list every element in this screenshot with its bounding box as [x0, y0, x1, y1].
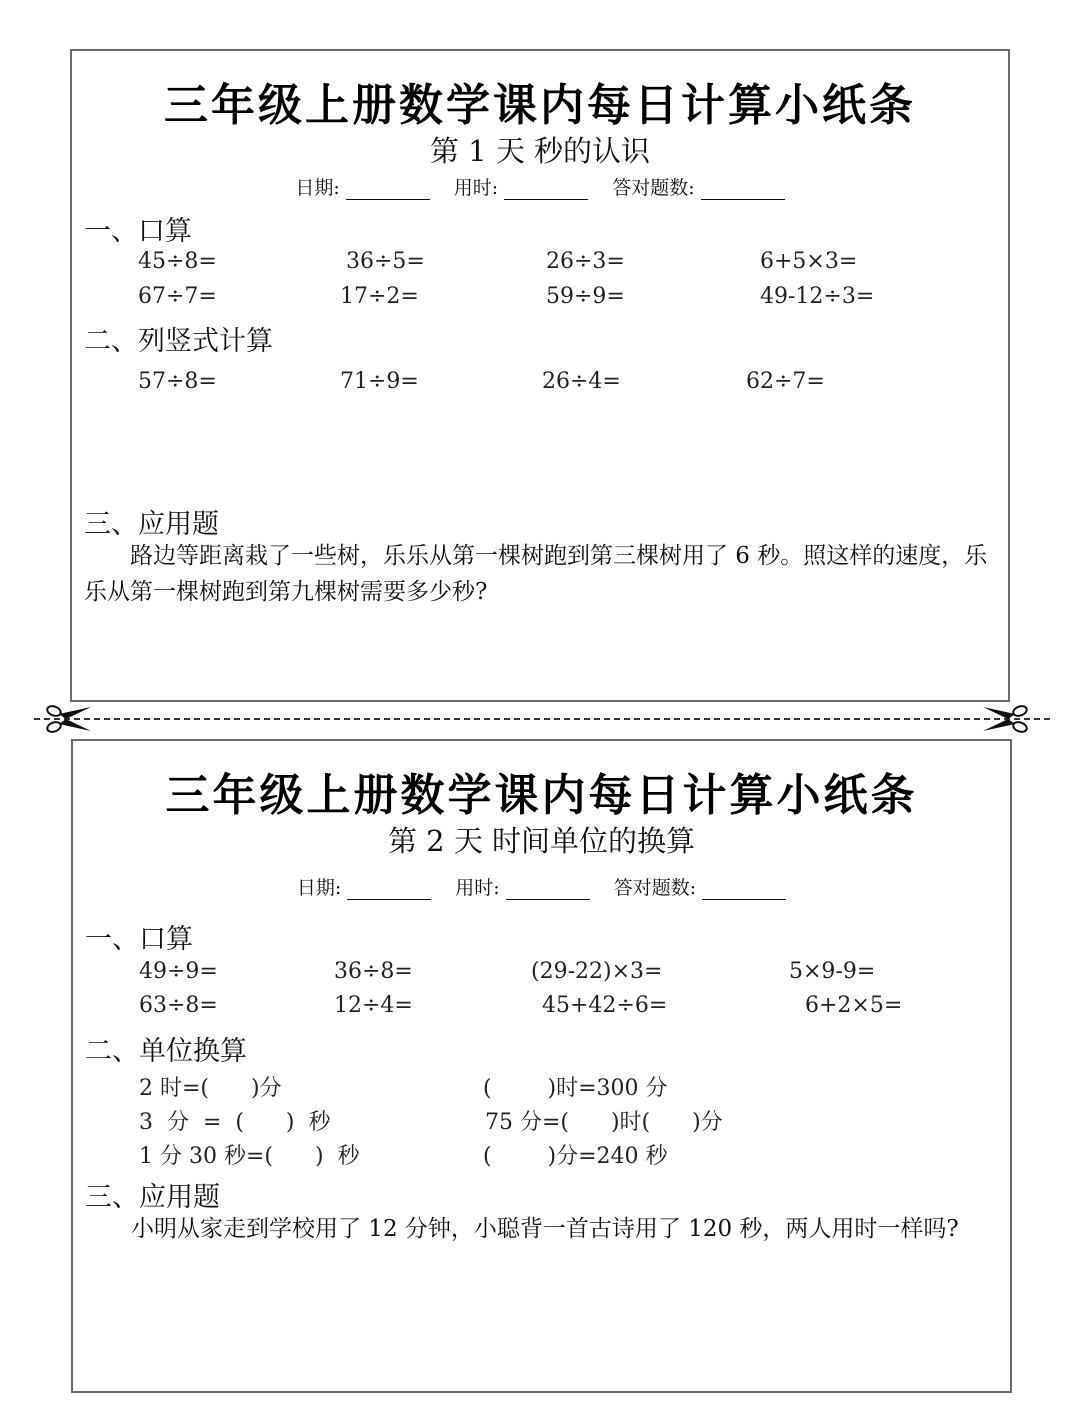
problem: 49÷9=	[139, 959, 218, 984]
problem: 36÷8=	[334, 959, 413, 984]
date-label: 日期:	[295, 173, 339, 200]
problem: 49-12÷3=	[760, 284, 874, 309]
conversion-problem: ( )分=240 秒	[483, 1139, 668, 1170]
time-label: 用时:	[454, 173, 498, 200]
correct-count-blank[interactable]	[701, 182, 785, 200]
date-label: 日期:	[297, 873, 341, 900]
problem: 63÷8=	[139, 993, 218, 1018]
problem: 6+5×3=	[760, 249, 857, 274]
conversion-problem: 2 时=( )分	[139, 1071, 282, 1102]
correct-count-blank[interactable]	[702, 882, 786, 900]
worksheet-title: 三年级上册数学课内每日计算小纸条	[73, 759, 1010, 823]
cut-line	[34, 718, 1050, 720]
scissors-icon	[980, 704, 1030, 734]
conversion-problem: ( )时=300 分	[483, 1071, 668, 1102]
section-heading-oral: 一、口算	[85, 917, 193, 956]
date-field[interactable]: 日期:	[297, 873, 431, 900]
problem: 45+42÷6=	[542, 993, 667, 1018]
time-blank[interactable]	[504, 182, 588, 200]
worksheet-card-day-2: 三年级上册数学课内每日计算小纸条 第 2 天 时间单位的换算 日期: 用时: 答…	[71, 739, 1012, 1393]
day-subtitle: 第 2 天 时间单位的换算	[73, 819, 1010, 860]
problem: 5×9-9=	[789, 959, 875, 984]
section-heading-unit-conversion: 二、单位换算	[85, 1029, 247, 1068]
correct-count-label: 答对题数:	[614, 873, 696, 900]
scissors-icon	[44, 704, 94, 734]
section-heading-word-problem: 三、应用题	[84, 502, 219, 541]
problem: 26÷3=	[546, 249, 625, 274]
section-heading-word-problem: 三、应用题	[85, 1175, 220, 1214]
time-blank[interactable]	[506, 882, 590, 900]
problem: 17÷2=	[340, 284, 419, 309]
problem: 62÷7=	[746, 369, 825, 394]
word-problem-text: 路边等距离栽了一些树，乐乐从第一棵树跑到第三棵树用了 6 秒。照这样的速度，乐乐…	[84, 538, 996, 610]
problem: 59÷9=	[546, 284, 625, 309]
time-field[interactable]: 用时:	[454, 173, 588, 200]
problem: 6+2×5=	[805, 993, 902, 1018]
word-problem-text: 小明从家走到学校用了 12 分钟，小聪背一首古诗用了 120 秒，两人用时一样吗…	[85, 1211, 998, 1247]
conversion-problem: 75 分=( )时( )分	[485, 1105, 723, 1136]
date-blank[interactable]	[347, 882, 431, 900]
section-heading-vertical: 二、列竖式计算	[84, 319, 273, 358]
meta-row: 日期: 用时: 答对题数:	[73, 873, 1010, 900]
time-field[interactable]: 用时:	[455, 873, 589, 900]
correct-count-field[interactable]: 答对题数:	[614, 873, 786, 900]
worksheet-title: 三年级上册数学课内每日计算小纸条	[72, 69, 1008, 133]
problem: (29-22)×3=	[531, 959, 662, 984]
problem: 45÷8=	[138, 249, 217, 274]
problem: 67÷7=	[138, 284, 217, 309]
problem: 26÷4=	[542, 369, 621, 394]
problem: 36÷5=	[346, 249, 425, 274]
date-blank[interactable]	[346, 182, 430, 200]
conversion-problem: 1 分 30 秒=( ) 秒	[139, 1139, 360, 1170]
time-label: 用时:	[455, 873, 499, 900]
correct-count-label: 答对题数:	[612, 173, 694, 200]
problem: 12÷4=	[334, 993, 413, 1018]
day-subtitle: 第 1 天 秒的认识	[72, 129, 1008, 170]
worksheet-card-day-1: 三年级上册数学课内每日计算小纸条 第 1 天 秒的认识 日期: 用时: 答对题数…	[70, 49, 1010, 702]
date-field[interactable]: 日期:	[295, 173, 429, 200]
conversion-problem: 3 分 = ( ) 秒	[139, 1105, 331, 1136]
problem: 71÷9=	[340, 369, 419, 394]
correct-count-field[interactable]: 答对题数:	[612, 173, 784, 200]
problem: 57÷8=	[138, 369, 217, 394]
meta-row: 日期: 用时: 答对题数:	[72, 173, 1008, 200]
section-heading-oral: 一、口算	[84, 209, 192, 248]
